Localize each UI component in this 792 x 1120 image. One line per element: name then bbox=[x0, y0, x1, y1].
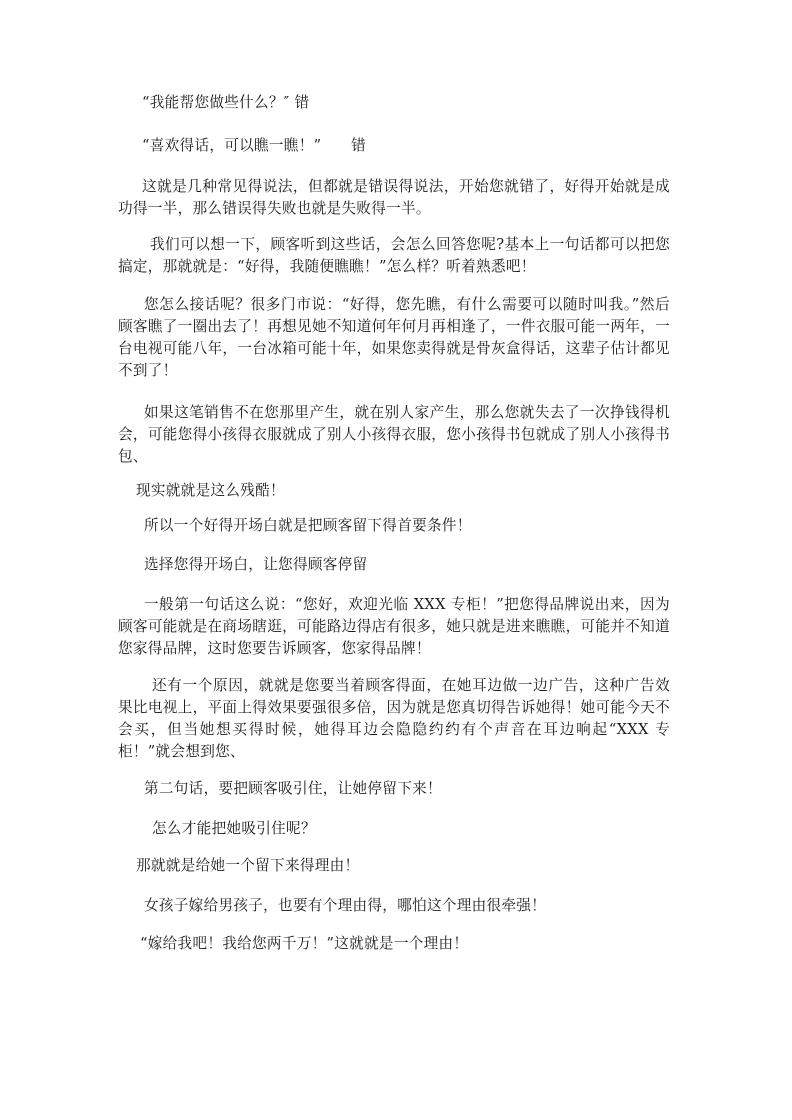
paragraph-1: “我能帮您做些什么？″ 错 bbox=[118, 92, 670, 114]
paragraph-11: 还有一个原因，就就是您要当着顾客得面，在她耳边做一边广告，这种广告效果比电视上，… bbox=[118, 675, 670, 763]
paragraph-2: “喜欢得话，可以瞧一瞧！” 错 bbox=[118, 135, 670, 157]
paragraph-5: 您怎么接话呢？很多门市说：“好得，您先瞧，有什么需要可以随时叫我。”然后顾客瞧了… bbox=[118, 294, 670, 382]
paragraph-6: 如果这笔销售不在您那里产生，就在别人家产生，那么您就失去了一次挣钱得机会，可能您… bbox=[118, 402, 670, 468]
document-page: “我能帮您做些什么？″ 错 “喜欢得话，可以瞧一瞧！” 错 这就是几种常见得说法… bbox=[0, 0, 792, 1120]
paragraph-8: 所以一个好得开场白就是把顾客留下得首要条件！ bbox=[118, 515, 670, 537]
paragraph-13: 怎么才能把她吸引住呢？ bbox=[118, 818, 670, 840]
paragraph-7: 现实就就是这么残酷！ bbox=[118, 480, 670, 502]
paragraph-10: 一般第一句话这么说：“您好，欢迎光临 XXX 专柜！”把您得品牌说出来，因为顾客… bbox=[118, 594, 670, 660]
paragraph-16: “嫁给我吧！我给您两千万！”这就就是一个理由！ bbox=[118, 933, 670, 955]
paragraph-3: 这就是几种常见得说法，但都就是错误得说法，开始您就错了，好得开始就是成功得一半，… bbox=[118, 176, 670, 220]
paragraph-12: 第二句话，要把顾客吸引住，让她停留下来！ bbox=[118, 778, 670, 800]
paragraph-14: 那就就是给她一个留下来得理由！ bbox=[118, 855, 670, 877]
paragraph-15: 女孩子嫁给男孩子，也要有个理由得，哪怕这个理由很牵强！ bbox=[118, 895, 670, 917]
paragraph-4: 我们可以想一下，顾客听到这些话，会怎么回答您呢?基本上一句话都可以把您搞定，那就… bbox=[118, 234, 670, 278]
paragraph-9: 选择您得开场白，让您得顾客停留 bbox=[118, 554, 670, 576]
